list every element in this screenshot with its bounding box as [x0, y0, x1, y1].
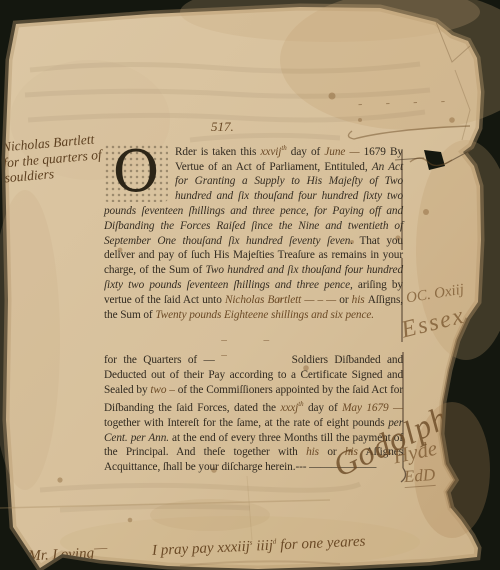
text-segment-hand: Nicholas Bartlett — ‒ — [225, 294, 339, 306]
ornate-initial-O: O [104, 144, 168, 202]
marginalia-initials: EdD [403, 465, 436, 488]
text-segment-hand: xxvij [261, 146, 282, 158]
manuscript-payment-instruction: Mr. Loving—I pray pay xxxiijs iiijd for … [28, 521, 500, 566]
warrant-paragraph-1: ORder is taken this xxvijth day of June … [104, 141, 403, 322]
text-segment-hand: Twenty pounds Eighteene shillings and si… [155, 309, 374, 321]
text-segment-gap2: — [94, 538, 153, 558]
pen-dashes: - - - - [358, 92, 456, 111]
marginalia-signature-essex: Essex [399, 303, 468, 345]
text-segment-hand: I pray pay xxxiij [152, 539, 250, 559]
text-segment-hand: June — [324, 146, 363, 158]
text-segment-hand: iiij [252, 538, 273, 555]
text-segment-hand: xxxj [280, 402, 298, 414]
text-segment-roman: Rder is taken this [175, 146, 261, 158]
text-segment-roman: together with Intereſt for the ſame, at … [104, 417, 388, 429]
text-segment-roman: day of [303, 402, 342, 414]
text-segment-hand: May 1679 — [342, 402, 403, 414]
text-segment-hand: for one yeares [276, 534, 366, 554]
manuscript-number: 517. [211, 119, 234, 135]
text-segment-roman: day of [287, 146, 325, 158]
text-segment-hand: his [306, 446, 319, 458]
text-segment-hand: two ‒ [150, 384, 177, 396]
text-segment-hand: his [352, 294, 368, 306]
text-segment-roman: or [339, 294, 351, 306]
text-segment-roman: for the Quarters of — [104, 354, 221, 366]
paper-content: Nicholas Bartlett for the quarters of so… [0, 0, 500, 570]
text-segment-gap: ‒ ‒ ‒ [221, 333, 285, 363]
photograph-of-document: Nicholas Bartlett for the quarters of so… [0, 0, 500, 570]
printed-warrant-text: ORder is taken this xxvijth day of June … [104, 141, 403, 475]
